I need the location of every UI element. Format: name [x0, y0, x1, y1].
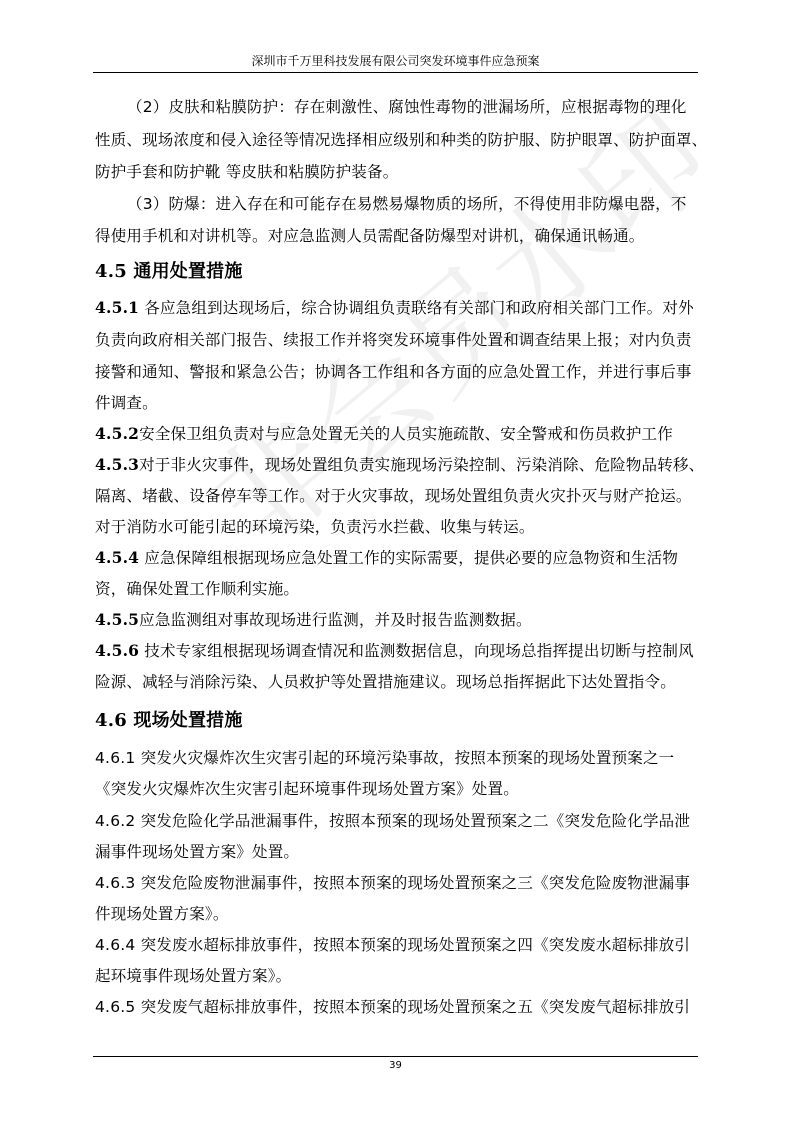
item-number: 4.5.5	[95, 610, 139, 629]
paragraph-line: 险源、减轻与消除污染、人员救护等处置措施建议。现场总指挥据此下达处置指令。	[95, 672, 700, 692]
paragraph-line: 隔离、堵截、设备停车等工作。对于火灾事故，现场处置组负责火灾扑灭与财产抢运。	[95, 486, 700, 506]
paragraph-line: 对于消防水可能引起的环境污染，负责污水拦截、收集与转运。	[95, 517, 700, 537]
paragraph-line: 起环境事件现场处置方案》。	[95, 966, 700, 986]
item-text: 对于非火灾事件，现场处置组负责实施现场污染控制、污染消除、危险物品转移、	[139, 456, 704, 474]
item-number: 4.5.4	[95, 548, 139, 567]
list-item: 4.5.2安全保卫组负责对与应急处置无关的人员实施疏散、安全警戒和伤员救护工作	[95, 424, 700, 444]
paragraph-line: 防护手套和防护靴 等皮肤和粘膜防护装备。	[95, 162, 700, 182]
item-number: 4.5.1	[95, 298, 139, 317]
page-header-title: 深圳市千万里科技发展有限公司突发环境事件应急预案	[93, 54, 698, 68]
paragraph-line: 件现场处置方案》。	[95, 904, 700, 924]
item-text: 应急保障组根据现场应急处置工作的实际需要，提供必要的应急物资和生活物	[139, 549, 678, 567]
paragraph-line: 漏事件现场处置方案》处置。	[95, 842, 700, 862]
paragraph-line: （2）皮肤和粘膜防护：存在刺激性、腐蚀性毒物的泄漏场所，应根据毒物的理化	[127, 97, 732, 117]
item-number: 4.5.3	[95, 455, 139, 474]
section-heading: 4.5 通用处置措施	[95, 262, 700, 282]
paragraph-line: 资，确保处置工作顺利实施。	[95, 579, 700, 599]
paragraph-line: 《突发火灾爆炸次生灾害引起环境事件现场处置方案》处置。	[95, 779, 700, 799]
paragraph-line: 4.6.5 突发废气超标排放事件，按照本预案的现场处置预案之五《突发废气超标排放…	[95, 997, 700, 1017]
paragraph-line: 4.6.3 突发危险废物泄漏事件，按照本预案的现场处置预案之三《突发危险废物泄漏…	[95, 873, 700, 893]
paragraph-line: 得使用手机和对讲机等。对应急监测人员需配备防爆型对讲机，确保通讯畅通。	[95, 226, 700, 246]
item-number: 4.5.2	[95, 424, 139, 443]
paragraph-line: 性质、现场浓度和侵入途径等情况选择相应级别和种类的防护服、防护眼罩、防护面罩、	[95, 130, 700, 150]
item-text: 安全保卫组负责对与应急处置无关的人员实施疏散、安全警戒和伤员救护工作	[139, 425, 673, 443]
paragraph-line: 件调查。	[95, 393, 700, 413]
item-text: 技术专家组根据现场调查情况和监测数据信息，向现场总指挥提出切断与控制风	[139, 642, 694, 660]
paragraph-line: （3）防爆：进入存在和可能存在易燃易爆物质的场所，不得使用非防爆电器，不	[127, 194, 732, 214]
footer-divider	[93, 1056, 698, 1057]
paragraph-line: 4.6.4 突发废水超标排放事件，按照本预案的现场处置预案之四《突发废水超标排放…	[95, 935, 700, 955]
paragraph-line: 4.6.1 突发火灾爆炸次生灾害引起的环境污染事故，按照本预案的现场处置预案之一	[95, 748, 700, 768]
list-item: 4.5.1 各应急组到达现场后，综合协调组负责联络有关部门和政府相关部门工作。对…	[95, 298, 700, 318]
item-text: 应急监测组对事故现场进行监测，并及时报告监测数据。	[139, 611, 532, 629]
list-item: 4.5.4 应急保障组根据现场应急处置工作的实际需要，提供必要的应急物资和生活物	[95, 548, 700, 568]
item-number: 4.5.6	[95, 641, 139, 660]
paragraph-line: 负责向政府相关部门报告、续报工作并将突发环境事件处置和调查结果上报；对内负责	[95, 330, 700, 350]
section-heading: 4.6 现场处置措施	[95, 711, 700, 731]
paragraph-line: 接警和通知、警报和紧急公告；协调各工作组和各方面的应急处置工作，并进行事后事	[95, 362, 700, 382]
paragraph-line: 4.6.2 突发危险化学品泄漏事件，按照本预案的现场处置预案之二《突发危险化学品…	[95, 811, 700, 831]
list-item: 4.5.6 技术专家组根据现场调查情况和监测数据信息，向现场总指挥提出切断与控制…	[95, 641, 700, 661]
header-divider	[93, 72, 698, 73]
list-item: 4.5.3对于非火灾事件，现场处置组负责实施现场污染控制、污染消除、危险物品转移…	[95, 455, 700, 475]
item-text: 各应急组到达现场后，综合协调组负责联络有关部门和政府相关部门工作。对外	[139, 299, 694, 317]
page-number: 39	[93, 1060, 698, 1072]
list-item: 4.5.5应急监测组对事故现场进行监测，并及时报告监测数据。	[95, 610, 700, 630]
